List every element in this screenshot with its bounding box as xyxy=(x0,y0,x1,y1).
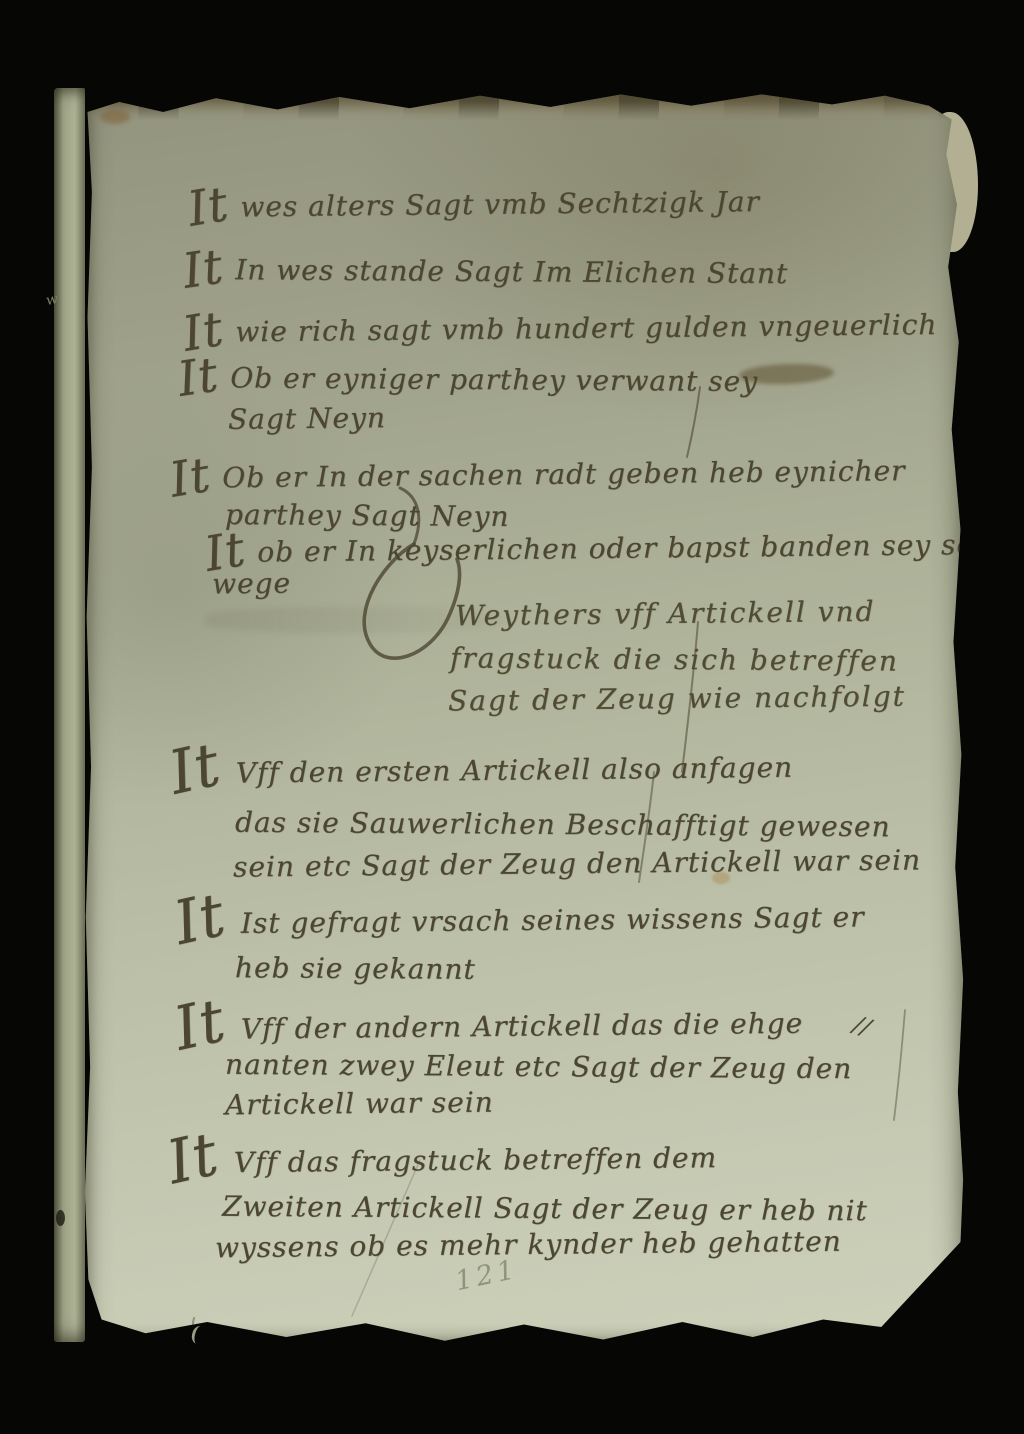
manuscript-line: Sagt der Zeug wie nachfolgt xyxy=(448,680,906,718)
manuscript-line: Itwes alters Sagt vmb Sechtzigk Jar xyxy=(188,185,760,224)
manuscript-line: das sie Sauwerlichen Beschafftigt gewese… xyxy=(235,806,891,844)
manuscript-line: Zweiten Artickell Sagt der Zeug er heb n… xyxy=(222,1190,868,1228)
manuscript-line: ItIn wes stande Sagt Im Elichen Stant xyxy=(183,253,788,290)
manuscript-page: Itwes alters Sagt vmb Sechtzigk Jar ItIn… xyxy=(84,92,964,1342)
paper-thread xyxy=(190,1325,207,1346)
manuscript-line: ItIst gefragt vrsach seines wissens Sagt… xyxy=(175,900,865,940)
line-text: wege xyxy=(212,567,291,601)
line-text: das sie Sauwerlichen Beschafftigt gewese… xyxy=(235,806,891,844)
line-text: Vff der andern Artickell das die ehge xyxy=(241,1007,804,1046)
line-text: Artickell war sein xyxy=(225,1086,494,1122)
manuscript-line: ItOb er eyniger parthey verwant sey xyxy=(178,361,758,398)
item-mark: It xyxy=(176,914,225,925)
manuscript-line: Weythers vff Artickell vnd xyxy=(455,595,876,632)
edge-blot xyxy=(56,1210,65,1226)
manuscript-line: wege xyxy=(212,567,291,601)
item-mark: It xyxy=(176,1020,225,1031)
manuscript-line: sein etc Sagt der Zeug den Artickell war… xyxy=(233,843,921,883)
line-text: Vff den ersten Artickell also anfagen xyxy=(236,751,794,790)
line-text: In wes stande Sagt Im Elichen Stant xyxy=(235,253,788,290)
manuscript-line: nanten zwey Eleut etc Sagt der Zeug den xyxy=(225,1048,852,1085)
line-text: parthey Sagt Neyn xyxy=(225,498,510,533)
line-text: Zweiten Artickell Sagt der Zeug er heb n… xyxy=(222,1190,868,1228)
manuscript-line: Sagt Neyn xyxy=(228,401,386,436)
line-text: heb sie gekannt xyxy=(235,951,476,986)
manuscript-line: wyssens ob es mehr kynder heb gehatten xyxy=(215,1225,842,1265)
linebreak-mark: // xyxy=(850,1010,874,1042)
item-mark: It xyxy=(205,549,245,556)
line-text: wes alters Sagt vmb Sechtzigk Jar xyxy=(240,185,760,223)
line-text: Ist gefragt vrsach seines wissens Sagt e… xyxy=(241,900,865,940)
line-text: Sagt der Zeug wie nachfolgt xyxy=(448,680,906,718)
manuscript-line: heb sie gekannt xyxy=(235,951,476,986)
underlying-leaf-edge xyxy=(54,88,85,1342)
line-text: wie rich sagt vmb hundert gulden vngeuer… xyxy=(235,308,937,348)
line-text: ob er In keyserlichen oder bapst banden … xyxy=(257,528,993,569)
line-text: fragstuck die sich betreffen xyxy=(450,641,899,677)
manuscript-line: Itwie rich sagt vmb hundert gulden vngeu… xyxy=(183,308,938,349)
line-text: nanten zwey Eleut etc Sagt der Zeug den xyxy=(225,1048,852,1085)
line-text: Sagt Neyn xyxy=(228,401,386,436)
manuscript-line: Artickell war sein xyxy=(225,1086,494,1122)
manuscript-line: ItVff den ersten Artickell also anfagen xyxy=(170,751,793,791)
manuscript-line: ItOb er In der sachen radt geben heb eyn… xyxy=(170,454,906,495)
line-text: Vff das fragstuck betreffen dem xyxy=(234,1141,718,1179)
manuscript-line: parthey Sagt Neyn xyxy=(225,498,510,533)
manuscript-line: Itob er In keyserlichen oder bapst bande… xyxy=(205,528,993,569)
line-text: wyssens ob es mehr kynder heb gehatten xyxy=(215,1225,842,1265)
item-mark: It xyxy=(183,266,223,272)
line-text: sein etc Sagt der Zeug den Artickell war… xyxy=(233,843,921,883)
item-mark: It xyxy=(188,203,228,210)
item-mark: It xyxy=(178,374,218,380)
manuscript-line: ItVff das fragstuck betreffen dem xyxy=(168,1141,717,1180)
line-text: Ob er In der sachen radt geben heb eynic… xyxy=(222,454,906,494)
item-mark: It xyxy=(183,328,223,335)
manuscript-line: ItVff der andern Artickell das die ehge xyxy=(175,1007,803,1047)
manuscript-line: fragstuck die sich betreffen xyxy=(450,641,899,677)
manuscript-photo: w Itwes alters Sagt vmb Sechtzigk Jar It… xyxy=(0,0,1024,1434)
item-mark: It xyxy=(169,1153,218,1164)
line-text: Weythers vff Artickell vnd xyxy=(455,595,876,632)
item-mark: It xyxy=(170,474,210,481)
stain xyxy=(100,110,130,124)
line-text: Ob er eyniger parthey verwant sey xyxy=(230,361,758,398)
item-mark: It xyxy=(171,764,220,775)
